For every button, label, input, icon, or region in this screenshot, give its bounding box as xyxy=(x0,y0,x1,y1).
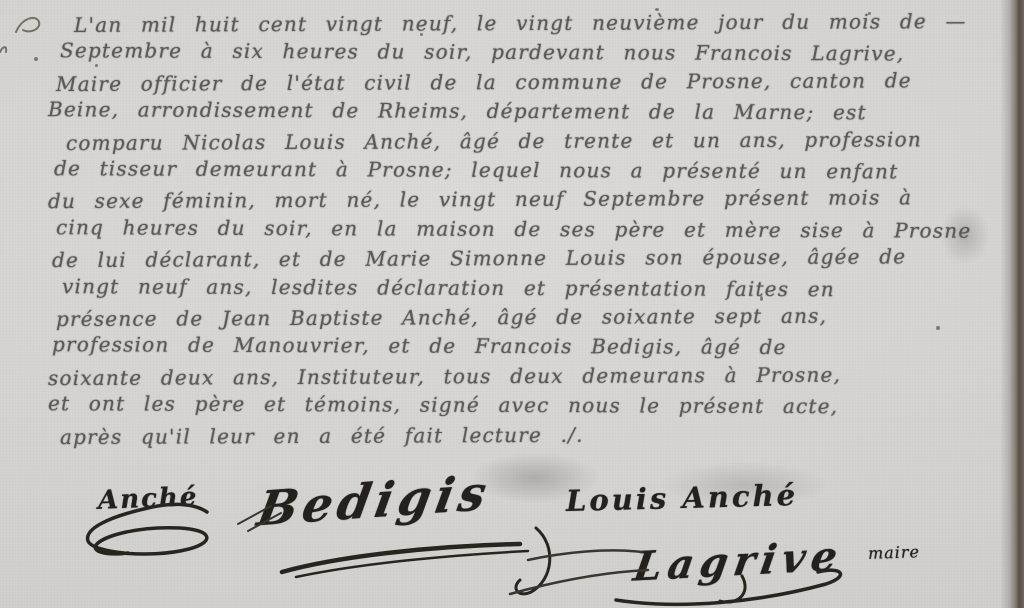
lagrive-lead-stroke xyxy=(528,550,642,560)
lagrive-lead-stroke-2 xyxy=(510,570,648,594)
lagrive-descender xyxy=(720,576,745,602)
anche-paraph-loop xyxy=(88,504,207,554)
lagrive-paraph-sweep xyxy=(616,570,840,604)
page-edge-shadow xyxy=(1000,0,1024,608)
bedigis-lead-slashes xyxy=(238,506,281,531)
signature-flourishes xyxy=(0,0,1024,608)
opening-paraph-mark xyxy=(16,18,39,32)
bedigis-underline-2 xyxy=(296,551,528,577)
scanned-document-page: L'an mil huit cent vingt neuf, le vingt … xyxy=(0,0,1024,608)
bedigis-underline xyxy=(282,544,520,572)
margin-mark xyxy=(0,47,6,52)
